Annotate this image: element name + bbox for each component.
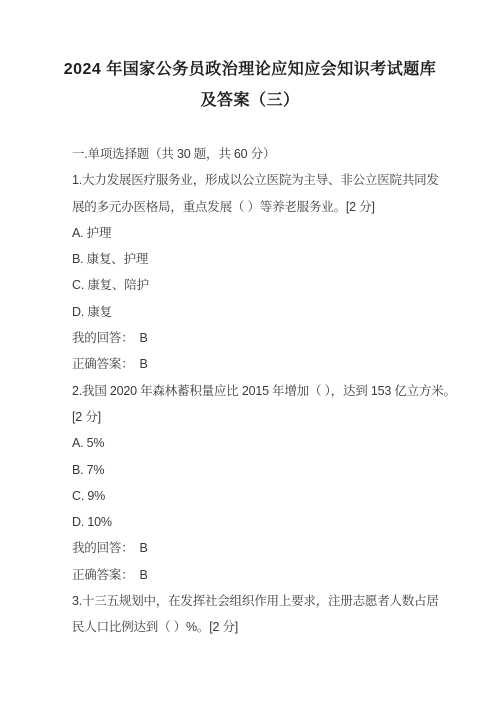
correct-answer-label: 正确答案： <box>72 357 134 371</box>
my-answer-value: B <box>140 541 148 555</box>
option-line: B. 7% <box>72 457 500 483</box>
option-line: D. 10% <box>72 509 500 535</box>
question-stem-line: 2.我国 2020 年森林蓄积量应比 2015 年增加（ ），达到 153 亿立… <box>72 378 500 404</box>
correct-answer-row: 正确答案：B <box>72 562 500 588</box>
question-stem-line: 3.十三五规划中，在发挥社会组织作用上要求，注册志愿者人数占居 <box>72 588 500 614</box>
my-answer-row: 我的回答：B <box>72 535 500 561</box>
question-block: 1.大力发展医疗服务业，形成以公立医院为主导、非公立医院共同发 展的多元办医格局… <box>72 167 500 377</box>
my-answer-row: 我的回答：B <box>72 325 500 351</box>
document-body: 一.单项选择题（共 30 题，共 60 分） 1.大力发展医疗服务业，形成以公立… <box>72 141 500 641</box>
correct-answer-label: 正确答案： <box>72 568 134 582</box>
question-stem-line: 展的多元办医格局，重点发展（ ）等养老服务业。[2 分] <box>72 194 500 220</box>
question-block: 3.十三五规划中，在发挥社会组织作用上要求，注册志愿者人数占居 民人口比例达到（… <box>72 588 500 641</box>
title-line: 2024 年国家公务员政治理论应知应会知识考试题库 <box>38 54 462 85</box>
option-line: A. 5% <box>72 430 500 456</box>
question-stem-line: 民人口比例达到（ ）%。[2 分] <box>72 614 500 640</box>
question-stem-line: 1.大力发展医疗服务业，形成以公立医院为主导、非公立医院共同发 <box>72 167 500 193</box>
correct-answer-row: 正确答案：B <box>72 351 500 377</box>
option-line: C. 9% <box>72 483 500 509</box>
correct-answer-value: B <box>140 357 148 371</box>
my-answer-label: 我的回答： <box>72 331 134 345</box>
document-page: 2024 年国家公务员政治理论应知应会知识考试题库 及答案（三） 一.单项选择题… <box>0 0 500 707</box>
title-line: 及答案（三） <box>38 85 462 116</box>
option-line: C. 康复、陪护 <box>72 272 500 298</box>
question-stem-line: [2 分] <box>72 404 500 430</box>
correct-answer-value: B <box>140 568 148 582</box>
document-title: 2024 年国家公务员政治理论应知应会知识考试题库 及答案（三） <box>38 54 462 116</box>
option-line: D. 康复 <box>72 299 500 325</box>
my-answer-value: B <box>140 331 148 345</box>
option-line: B. 康复、护理 <box>72 246 500 272</box>
section-heading: 一.单项选择题（共 30 题，共 60 分） <box>72 141 500 167</box>
my-answer-label: 我的回答： <box>72 541 134 555</box>
option-line: A. 护理 <box>72 220 500 246</box>
question-block: 2.我国 2020 年森林蓄积量应比 2015 年增加（ ），达到 153 亿立… <box>72 378 500 588</box>
